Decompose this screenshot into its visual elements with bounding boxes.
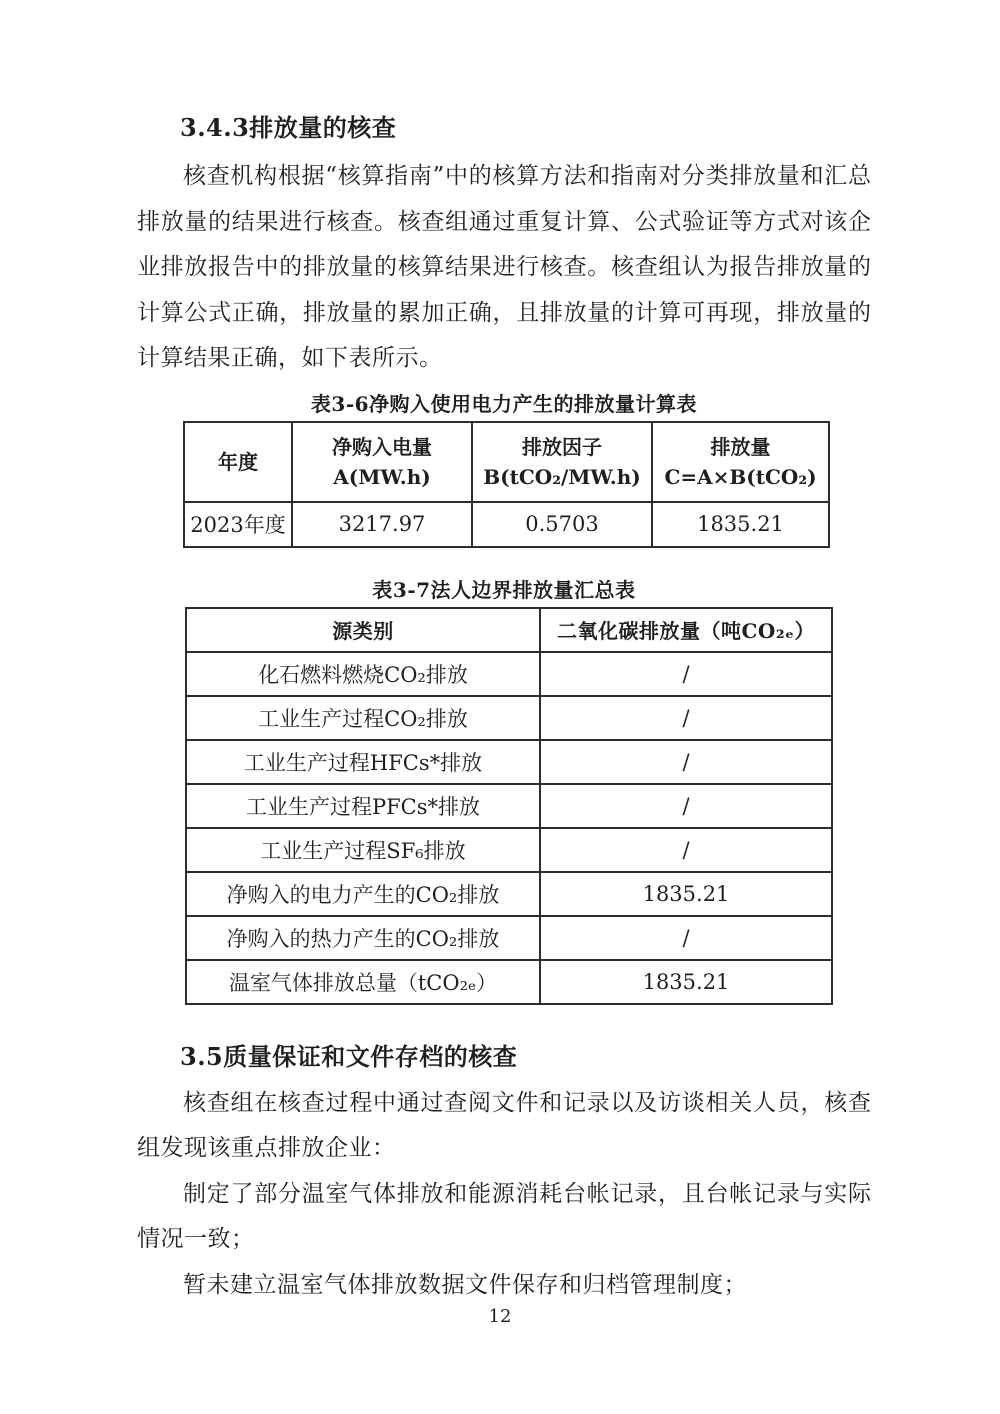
cell-amount: 1835.21 <box>540 960 832 1004</box>
table-3-7-boundary-emission-summary: 源类别 二氧化碳排放量（吨CO₂ₑ） 化石燃料燃烧CO₂排放 / 工业生产过程C… <box>185 607 833 1005</box>
header-emission-line1: 排放量 <box>653 432 828 462</box>
table-3-7-caption: 表3-7法人边界排放量汇总表 <box>137 576 871 604</box>
header-factor-line1: 排放因子 <box>473 432 651 462</box>
header-factor-line2: B(tCO₂/MW.h) <box>473 462 651 492</box>
cell-source: 工业生产过程PFCs*排放 <box>186 784 540 828</box>
cell-year: 2023年度 <box>184 502 292 547</box>
paragraph-line: 核查机构根据“核算指南”中的核算方法和指南对分类排放量和汇总 <box>137 154 871 200</box>
header-year-label: 年度 <box>185 447 291 477</box>
paragraph-emission-verification: 核查机构根据“核算指南”中的核算方法和指南对分类排放量和汇总 排放量的结果进行核… <box>137 154 871 382</box>
cell-source: 工业生产过程SF₆排放 <box>186 828 540 872</box>
table-row: 净购入的热力产生的CO₂排放 / <box>186 916 832 960</box>
section-3-5-heading: 3.5质量保证和文件存档的核查 <box>137 1041 871 1073</box>
cell-amount: / <box>540 784 832 828</box>
table-3-6-electricity-emission: 年度 净购入电量 A(MW.h) 排放因子 B(tCO₂/MW.h) 排放量 C… <box>183 421 830 548</box>
paragraph-line: 计算结果正确，如下表所示。 <box>137 336 871 382</box>
header-emission-line2: C=A×B(tCO₂) <box>653 462 828 492</box>
cell-amount: / <box>540 696 832 740</box>
cell-factor: 0.5703 <box>472 502 652 547</box>
table-row: 净购入的电力产生的CO₂排放 1835.21 <box>186 872 832 916</box>
paragraph-line: 组发现该重点排放企业： <box>137 1126 871 1172</box>
table-row: 温室气体排放总量（tCO₂ₑ） 1835.21 <box>186 960 832 1004</box>
page-number: 12 <box>0 1306 1000 1327</box>
paragraph-line: 核查组在核查过程中通过查阅文件和记录以及访谈相关人员，核查 <box>137 1081 871 1127</box>
document-body: 3.4.3排放量的核查 核查机构根据“核算指南”中的核算方法和指南对分类排放量和… <box>137 112 871 1308</box>
cell-source: 净购入的热力产生的CO₂排放 <box>186 916 540 960</box>
paragraph-qa-archive-verification: 核查组在核查过程中通过查阅文件和记录以及访谈相关人员，核查 组发现该重点排放企业… <box>137 1081 871 1309</box>
table-3-6-caption: 表3-6净购入使用电力产生的排放量计算表 <box>137 390 871 418</box>
header-electricity-line2: A(MW.h) <box>293 462 471 492</box>
cell-amount: 1835.21 <box>540 872 832 916</box>
paragraph-line: 排放量的结果进行核查。核查组通过重复计算、公式验证等方式对该企 <box>137 200 871 246</box>
cell-source: 工业生产过程HFCs*排放 <box>186 740 540 784</box>
header-emission-factor: 排放因子 B(tCO₂/MW.h) <box>472 422 652 502</box>
header-emission-amount: 排放量 C=A×B(tCO₂) <box>652 422 829 502</box>
header-co2-amount: 二氧化碳排放量（吨CO₂ₑ） <box>540 608 832 652</box>
cell-source: 化石燃料燃烧CO₂排放 <box>186 652 540 696</box>
document-page: 3.4.3排放量的核查 核查机构根据“核算指南”中的核算方法和指南对分类排放量和… <box>0 0 1000 1414</box>
table-row: 工业生产过程PFCs*排放 / <box>186 784 832 828</box>
cell-amount: / <box>540 828 832 872</box>
cell-amount: / <box>540 652 832 696</box>
table-3-6-data-row: 2023年度 3217.97 0.5703 1835.21 <box>184 502 829 547</box>
cell-source: 工业生产过程CO₂排放 <box>186 696 540 740</box>
header-net-purchased-electricity: 净购入电量 A(MW.h) <box>292 422 472 502</box>
cell-source: 净购入的电力产生的CO₂排放 <box>186 872 540 916</box>
table-row: 工业生产过程HFCs*排放 / <box>186 740 832 784</box>
table-3-6-header-row: 年度 净购入电量 A(MW.h) 排放因子 B(tCO₂/MW.h) 排放量 C… <box>184 422 829 502</box>
paragraph-line: 暂未建立温室气体排放数据文件保存和归档管理制度； <box>137 1263 871 1309</box>
table-row: 工业生产过程CO₂排放 / <box>186 696 832 740</box>
paragraph-line: 情况一致； <box>137 1217 871 1263</box>
header-electricity-line1: 净购入电量 <box>293 432 471 462</box>
cell-source: 温室气体排放总量（tCO₂ₑ） <box>186 960 540 1004</box>
cell-amount: / <box>540 916 832 960</box>
table-row: 工业生产过程SF₆排放 / <box>186 828 832 872</box>
section-3-4-3-heading: 3.4.3排放量的核查 <box>137 112 871 144</box>
paragraph-line: 计算公式正确，排放量的累加正确，且排放量的计算可再现，排放量的 <box>137 291 871 337</box>
cell-electricity: 3217.97 <box>292 502 472 547</box>
header-source-category: 源类别 <box>186 608 540 652</box>
cell-amount: / <box>540 740 832 784</box>
table-row: 化石燃料燃烧CO₂排放 / <box>186 652 832 696</box>
paragraph-line: 制定了部分温室气体排放和能源消耗台帐记录，且台帐记录与实际 <box>137 1172 871 1218</box>
header-year: 年度 <box>184 422 292 502</box>
table-3-7-header-row: 源类别 二氧化碳排放量（吨CO₂ₑ） <box>186 608 832 652</box>
paragraph-line: 业排放报告中的排放量的核算结果进行核查。核查组认为报告排放量的 <box>137 245 871 291</box>
cell-emission: 1835.21 <box>652 502 829 547</box>
